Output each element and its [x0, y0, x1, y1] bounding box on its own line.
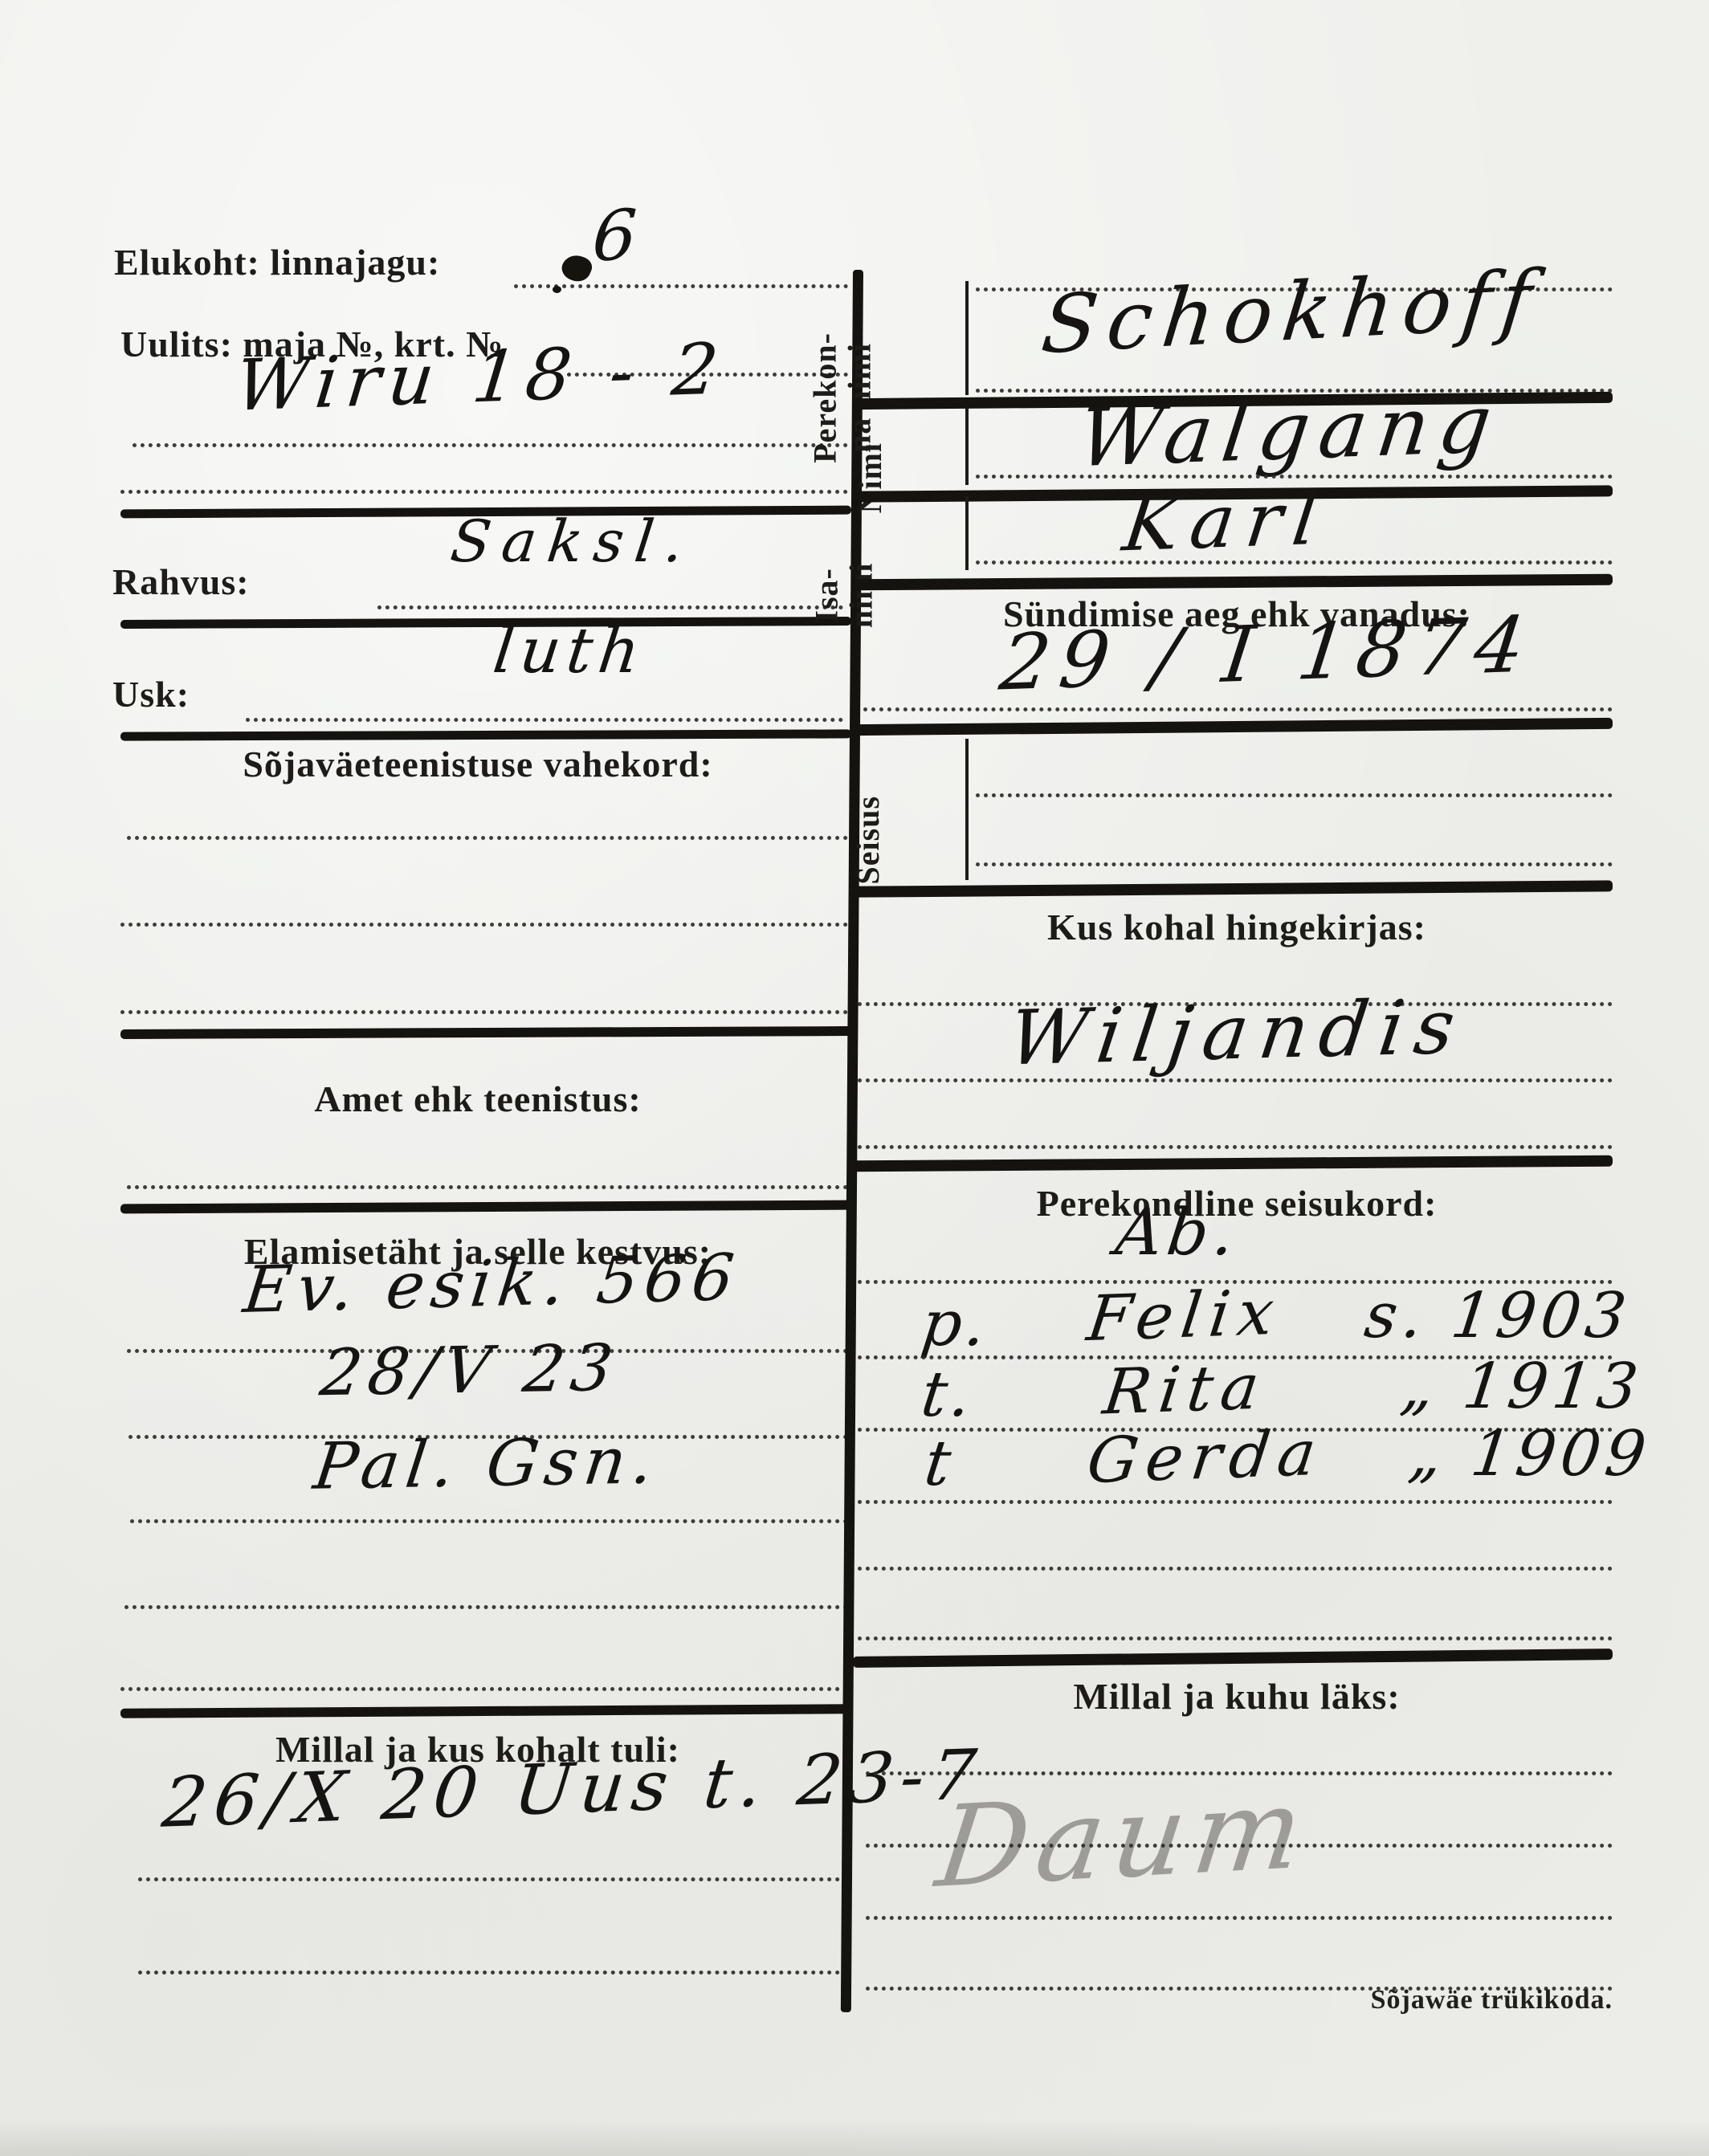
handwritten-surname: Schokhoff — [1038, 252, 1546, 372]
rotated-label-fathername-line1: Isa- — [810, 548, 844, 642]
dotted-writing-line — [858, 1140, 1613, 1149]
handwritten-religion: luth — [489, 615, 650, 687]
handwritten-child-year: „ 1913 — [1397, 1351, 1646, 1423]
handwritten-child-prefix: p. — [917, 1288, 993, 1360]
label-separator-rule — [965, 408, 969, 485]
handwritten-registry-place: Wiljandis — [1004, 984, 1471, 1083]
thick-rule — [120, 1200, 851, 1214]
dotted-writing-line — [858, 1074, 1613, 1082]
handwritten-birthdate: 29 / I 1874 — [995, 600, 1539, 708]
handwritten-firstname: Walgang — [1073, 377, 1506, 485]
thick-rule — [853, 880, 1613, 897]
field-label-elukoht: Elukoht: linnajagu: — [114, 241, 440, 283]
dotted-writing-line — [858, 1632, 1613, 1640]
dotted-writing-line — [863, 703, 1613, 711]
handwritten-child-prefix: t. — [917, 1359, 977, 1431]
dotted-writing-line — [130, 1514, 848, 1523]
dotted-writing-line — [138, 1966, 848, 1975]
dotted-writing-line — [976, 556, 1613, 564]
handwritten-nationality: Saksl. — [447, 507, 699, 575]
field-label-usk: Usk: — [112, 673, 190, 715]
dotted-writing-line — [120, 1682, 848, 1691]
thick-rule — [120, 729, 851, 740]
dotted-writing-line — [976, 789, 1613, 797]
dotted-writing-line — [120, 1005, 848, 1014]
scanned-registration-card: Elukoht: linnajagu: 6 Uulits: maja №, kr… — [0, 0, 1709, 2156]
dotted-writing-line — [120, 918, 848, 927]
ink-blot — [553, 286, 561, 293]
dotted-writing-line — [866, 1911, 1613, 1920]
handwritten-permit-line2: 28/V 23 — [316, 1331, 623, 1410]
handwritten-child-prefix: t — [920, 1428, 957, 1500]
handwritten-child-name: Gerda — [1083, 1417, 1328, 1498]
dotted-writing-line — [858, 1562, 1613, 1571]
dotted-writing-line — [127, 831, 848, 840]
dotted-writing-line — [976, 858, 1613, 866]
dotted-writing-line — [120, 485, 848, 494]
dotted-writing-line — [124, 1600, 848, 1609]
label-separator-rule — [965, 739, 969, 880]
thick-rule — [120, 1026, 851, 1039]
handwritten-child-name: Rita — [1099, 1351, 1271, 1429]
section-heading-military: Sõjaväeteenistuse vahekord: — [104, 743, 851, 785]
section-heading-registry: Kus kohal hingekirjas: — [859, 906, 1614, 948]
handwritten-permit-line3: Pal. Gsn. — [310, 1423, 664, 1503]
thick-rule — [853, 718, 1613, 736]
dotted-writing-line — [246, 713, 843, 722]
thick-rule — [120, 1704, 851, 1718]
printer-imprint: Sõjawäe trükikoda. — [1285, 1985, 1613, 2015]
dotted-writing-line — [514, 279, 848, 288]
section-heading-occupation: Amet ehk teenistus: — [104, 1078, 851, 1120]
rotated-label-surname-line1: Perekon- — [808, 326, 842, 469]
thick-rule — [853, 1155, 1613, 1172]
thick-rule — [120, 617, 851, 629]
field-label-rahvus: Rahvus: — [112, 560, 250, 603]
dotted-writing-line — [866, 1839, 1613, 1848]
thick-rule — [853, 1649, 1613, 1668]
dotted-writing-line — [377, 601, 843, 609]
rotated-label-firstname: Nimi — [853, 434, 887, 521]
handwritten-child-name: Felix — [1083, 1277, 1286, 1355]
dotted-writing-line — [138, 1873, 848, 1881]
handwritten-fathername: Karl — [1119, 475, 1333, 569]
label-separator-rule — [965, 281, 969, 395]
label-separator-rule — [965, 496, 969, 570]
handwritten-child-year: s. 1903 — [1360, 1280, 1634, 1352]
handwritten-family-status: Ab. — [1111, 1195, 1243, 1270]
thick-rule — [853, 574, 1613, 591]
handwritten-street: Wiru 18 - 2 — [231, 327, 730, 426]
handwritten-child-year: „ 1909 — [1405, 1418, 1654, 1490]
dotted-writing-line — [133, 438, 848, 447]
handwritten-linnajagu: 6 — [590, 194, 642, 278]
dotted-writing-line — [127, 1180, 848, 1189]
handwritten-permit-line1: Ev. esik. 566 — [240, 1240, 744, 1327]
dotted-writing-line — [858, 1495, 1613, 1504]
section-heading-departure: Millal ja kuhu läks: — [859, 1675, 1614, 1718]
